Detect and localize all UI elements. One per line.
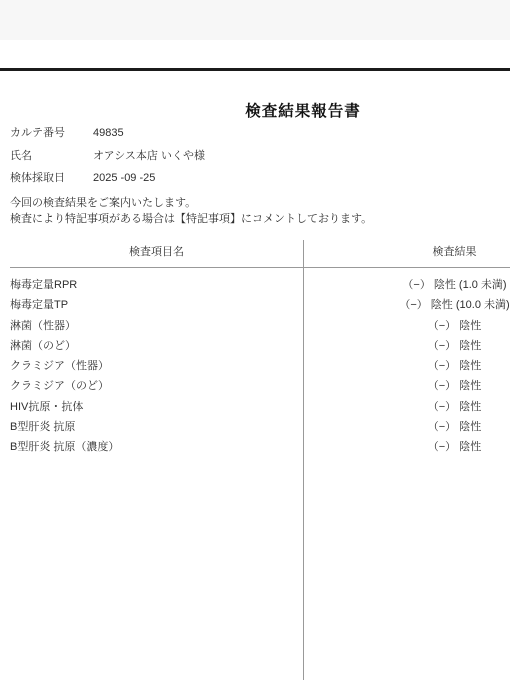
table-header: 検査項目名 検査結果 [0,246,510,259]
table-row: B型肝炎 抗原（濃度） （−） 陰性 [0,437,510,457]
table-row: クラミジア（性器） （−） 陰性 [0,356,510,376]
column-header-result: 検査結果 [303,246,510,259]
field-label: 氏名 [10,150,93,163]
top-rule [0,68,510,71]
header-underline [10,267,510,269]
field-value: オアシス本店 いくや様 [93,150,205,163]
test-item-name: 梅毒定量TP [10,295,68,315]
test-item-name: 梅毒定量RPR [10,275,77,295]
test-item-name: クラミジア（性器） [10,356,109,376]
test-result: （−） 陰性 [303,316,510,336]
report-page: 検査結果報告書 カルテ番号49835 氏名オアシス本店 いくや様 検体採取日20… [0,0,510,680]
field-chart-number: カルテ番号49835 [10,127,124,140]
table-row: 淋菌（のど） （−） 陰性 [0,336,510,356]
table-row: B型肝炎 抗原 （−） 陰性 [0,417,510,437]
field-value: 49835 [93,127,124,140]
test-result: （−） 陰性 [303,336,510,356]
test-result: （−） 陰性 [303,397,510,417]
field-label: 検体採取日 [10,172,93,185]
test-result: （−） 陰性 (1.0 未満) [303,275,510,295]
table-row: HIV抗原・抗体 （−） 陰性 [0,397,510,417]
field-value: 2025 -09 -25 [93,172,155,185]
test-result: （−） 陰性 [303,417,510,437]
field-sample-date: 検体採取日2025 -09 -25 [10,172,155,185]
field-label: カルテ番号 [10,127,93,140]
table-row: クラミジア（のど） （−） 陰性 [0,376,510,396]
test-item-name: B型肝炎 抗原 [10,417,75,437]
page-title: 検査結果報告書 [0,103,510,121]
test-result: （−） 陰性 (10.0 未満) [303,295,510,315]
intro-line-2: 検査により特記事項がある場合は【特記事項】にコメントしております。 [10,213,372,226]
table-row: 梅毒定量TP （−） 陰性 (10.0 未満) [0,295,510,315]
test-item-name: HIV抗原・抗体 [10,397,83,417]
intro-line-1: 今回の検査結果をご案内いたします。 [10,197,196,210]
test-item-name: B型肝炎 抗原（濃度） [10,437,119,457]
table-row: 淋菌（性器） （−） 陰性 [0,316,510,336]
table-row: 梅毒定量RPR （−） 陰性 (1.0 未満) [0,275,510,295]
test-item-name: クラミジア（のど） [10,376,109,396]
test-result: （−） 陰性 [303,376,510,396]
report-document: 検査結果報告書 カルテ番号49835 氏名オアシス本店 いくや様 検体採取日20… [0,0,510,680]
test-result: （−） 陰性 [303,437,510,457]
results-table: 梅毒定量RPR （−） 陰性 (1.0 未満) 梅毒定量TP （−） 陰性 (1… [0,275,510,458]
column-header-item: 検査項目名 [10,246,303,259]
field-patient-name: 氏名オアシス本店 いくや様 [10,150,205,163]
test-result: （−） 陰性 [303,356,510,376]
test-item-name: 淋菌（性器） [10,316,76,336]
test-item-name: 淋菌（のど） [10,336,76,356]
